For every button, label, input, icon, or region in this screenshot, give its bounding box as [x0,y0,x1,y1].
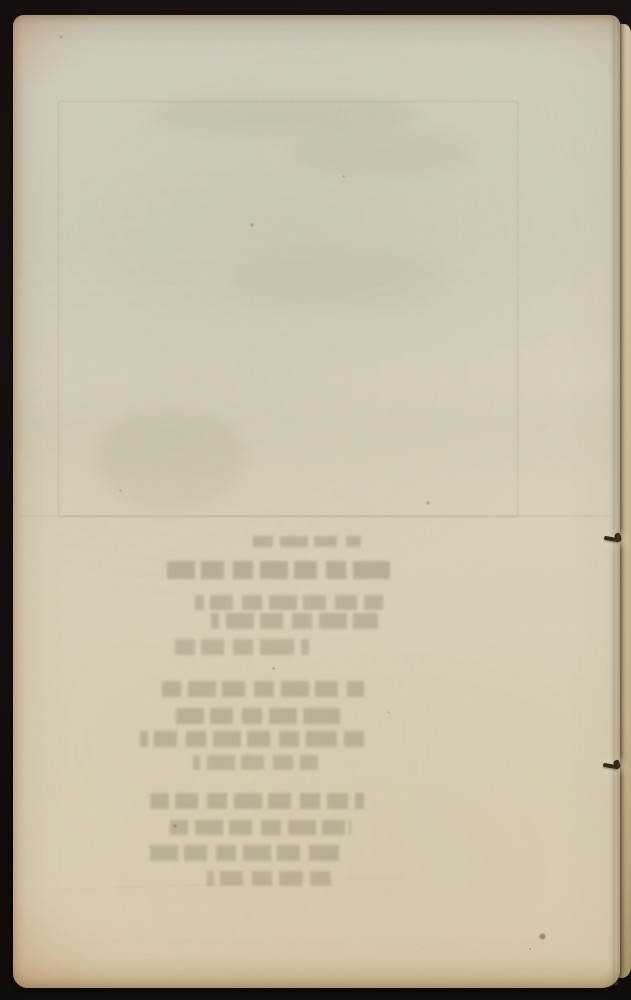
page-vignette [13,15,620,988]
scan-background [0,0,631,1000]
book-page [13,15,620,988]
